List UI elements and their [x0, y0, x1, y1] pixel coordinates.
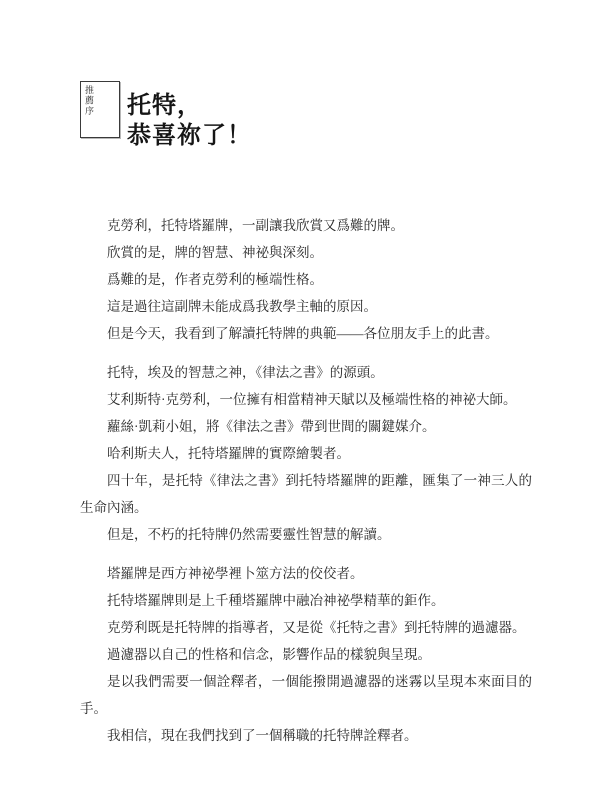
- paragraph: 爲難的是，作者克勞利的極端性格。: [80, 266, 532, 293]
- preface-header: 推薦序 托特， 恭喜祢了！: [80, 76, 252, 167]
- paragraph: 托特塔羅牌則是上千種塔羅牌中融冶神祕學精華的鉅作。: [80, 587, 532, 614]
- page-title-line-1: 托特，: [127, 92, 252, 122]
- paragraph: 過濾器以自己的性格和信念，影響作品的樣貌與呈現。: [80, 641, 532, 668]
- preface-label: 推薦序: [84, 85, 94, 117]
- paragraph: 哈利斯夫人，托特塔羅牌的實際繪製者。: [80, 440, 532, 467]
- paragraph: 四十年，是托特《律法之書》到托特塔羅牌的距離，匯集了一神三人的生命內涵。: [80, 467, 532, 521]
- paragraph: 克勞利，托特塔羅牌，一副讓我欣賞又爲難的牌。: [80, 212, 532, 239]
- paragraph: 但是，不朽的托特牌仍然需要靈性智慧的解讀。: [80, 521, 532, 548]
- paragraph-block: 托特，埃及的智慧之神，《律法之書》的源頭。艾利斯特·克勞利，一位擁有相當精神天賦…: [80, 359, 532, 548]
- book-page: 推薦序 托特， 恭喜祢了！ 克勞利，托特塔羅牌，一副讓我欣賞又爲難的牌。欣賞的是…: [0, 0, 608, 785]
- paragraph-block: 克勞利，托特塔羅牌，一副讓我欣賞又爲難的牌。欣賞的是，牌的智慧、神祕與深刻。爲難…: [80, 212, 532, 347]
- paragraph: 這是過往這副牌未能成爲我教學主軸的原因。: [80, 293, 532, 320]
- paragraph-block: 塔羅牌是西方神祕學裡卜筮方法的佼佼者。托特塔羅牌則是上千種塔羅牌中融冶神祕學精華…: [80, 560, 532, 749]
- page-title: 托特， 恭喜祢了！: [127, 92, 252, 151]
- paragraph: 克勞利既是托特牌的指導者，又是從《托特之書》到托特牌的過濾器。: [80, 614, 532, 641]
- paragraph: 是以我們需要一個詮釋者，一個能撥開過濾器的迷霧以呈現本來面目的手。: [80, 668, 532, 722]
- page-title-line-2: 恭喜祢了！: [127, 122, 252, 152]
- paragraph: 我相信，現在我們找到了一個稱職的托特牌詮釋者。: [80, 722, 532, 749]
- paragraph: 艾利斯特·克勞利，一位擁有相當精神天賦以及極端性格的神祕大師。: [80, 386, 532, 413]
- paragraph: 欣賞的是，牌的智慧、神祕與深刻。: [80, 239, 532, 266]
- body-text: 克勞利，托特塔羅牌，一副讓我欣賞又爲難的牌。欣賞的是，牌的智慧、神祕與深刻。爲難…: [80, 212, 532, 749]
- preface-label-box: 推薦序: [80, 81, 120, 138]
- paragraph: 但是今天，我看到了解讀托特牌的典範——各位朋友手上的此書。: [80, 320, 532, 347]
- paragraph: 塔羅牌是西方神祕學裡卜筮方法的佼佼者。: [80, 560, 532, 587]
- paragraph: 托特，埃及的智慧之神，《律法之書》的源頭。: [80, 359, 532, 386]
- paragraph: 蘿絲·凱莉小姐，將《律法之書》帶到世間的關鍵媒介。: [80, 413, 532, 440]
